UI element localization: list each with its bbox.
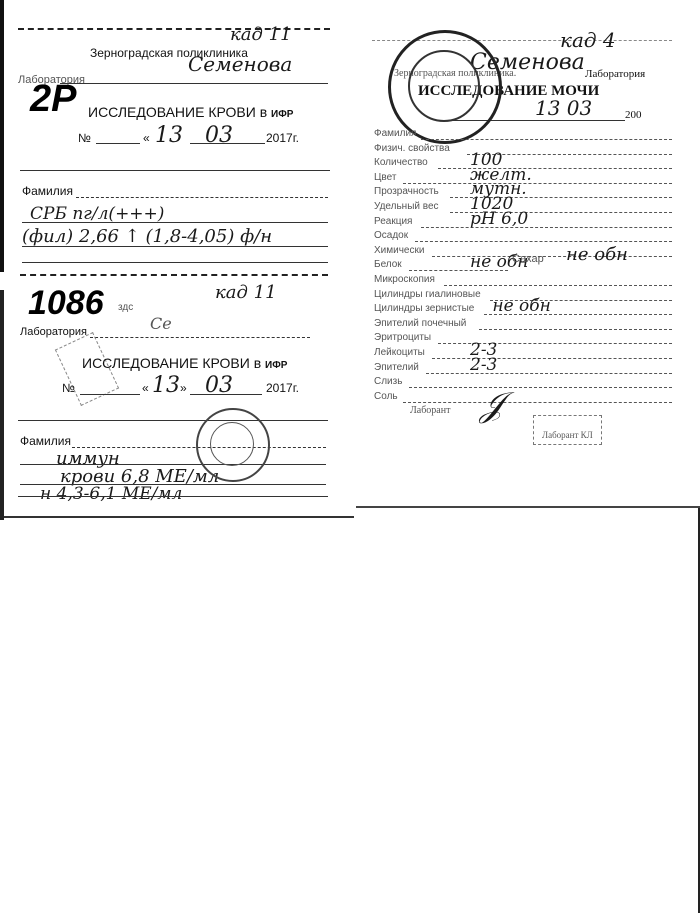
lab-tech-stamp: Лаборант КЛ	[533, 415, 602, 445]
result-line-3: н 4,3-6,1 МЕ/мл	[40, 484, 182, 504]
urine-field-rule	[409, 387, 672, 388]
urine-field-label: Удельный вес	[374, 201, 439, 212]
rule	[20, 464, 326, 465]
bottom-rule	[356, 506, 700, 508]
cut-line	[20, 274, 328, 276]
quote-close: »	[180, 381, 187, 395]
urine-field-rule	[415, 241, 672, 242]
urine-field-label: Лейкоциты	[374, 347, 425, 358]
urine-field-rule	[403, 183, 672, 184]
round-stamp-inner	[210, 422, 254, 466]
sugar-value: не обн	[566, 244, 628, 265]
result-line-2: (фил) 2,66 ↑ (1,8-4,05) ф/н	[22, 226, 272, 247]
round-stamp-inner	[408, 50, 480, 122]
urine-field-value: рН 6,0	[470, 209, 528, 229]
quote-open: «	[142, 381, 149, 395]
rule	[22, 246, 328, 247]
urine-field-rule	[432, 358, 672, 359]
rule	[90, 337, 310, 338]
year-suffix: 7г.	[286, 131, 299, 145]
handwritten-patient-name: Се	[150, 314, 172, 333]
form-title-text: ИССЛЕДОВАНИЕ КРОВИ в	[82, 355, 261, 371]
big-handwritten-mark: 2Р	[30, 78, 76, 121]
number-field	[80, 394, 140, 395]
urine-field-label: Микроскопия	[374, 274, 435, 285]
date-handwritten: 13 03	[535, 96, 592, 120]
big-handwritten-mark: 1086	[28, 284, 104, 323]
form-title: ИССЛЕДОВАНИЕ КРОВИ в ИФР	[88, 104, 293, 120]
handwritten-cabinet: кад 11	[215, 282, 277, 303]
number-field	[96, 143, 140, 144]
lab-tech-signature: 𝒥	[480, 385, 503, 425]
date-month: 03	[205, 123, 233, 148]
year-prefix: 201	[266, 381, 286, 395]
rule	[18, 420, 328, 421]
rule	[22, 262, 328, 263]
number-label: №	[78, 131, 91, 145]
urine-field-label: Количество	[374, 157, 428, 168]
urine-field-label: Соль	[374, 391, 398, 402]
lab-tech-label: Лаборант	[410, 405, 450, 416]
form-title-suffix: ИФР	[271, 109, 293, 120]
handwritten-patient-name: Семенова	[188, 52, 292, 76]
urine-field-rule	[444, 285, 672, 286]
urine-field-label: Цилиндры зернистые	[374, 303, 474, 314]
urine-field-label: Эритроциты	[374, 332, 431, 343]
urine-field-value: не обн	[492, 296, 550, 316]
urine-field-value: 2-3	[470, 355, 497, 375]
urine-field-label: Эпителий почечный	[374, 318, 466, 329]
rule	[18, 496, 328, 497]
quote-open: «	[143, 131, 150, 145]
urine-field-rule	[421, 139, 672, 140]
lab-label: Лаборатория	[585, 68, 645, 80]
urine-field-rule	[479, 329, 672, 330]
number-label: №	[62, 381, 75, 395]
urine-field-label: Слизь	[374, 376, 402, 387]
handwritten-cabinet: кад 4	[560, 28, 616, 52]
year-suffix: 7г.	[286, 381, 299, 395]
urine-field-label: Фамилия	[374, 128, 416, 139]
rule	[22, 222, 328, 223]
urine-field-label: Белок	[374, 259, 402, 270]
sugar-label: Сахар	[512, 253, 544, 265]
scan-edge-left-lower	[0, 290, 4, 520]
year: 2017г.	[266, 131, 299, 145]
rule	[20, 170, 330, 171]
year-prefix: 200	[625, 109, 642, 121]
year-prefix: 201	[266, 131, 286, 145]
urine-field-label: Осадок	[374, 230, 408, 241]
rule	[60, 83, 328, 84]
form-title-suffix: ИФР	[265, 360, 287, 371]
urine-field-label: Физич. свойства	[374, 143, 450, 154]
urine-field-label: Цвет	[374, 172, 396, 183]
month-field	[190, 143, 265, 144]
date-day: 13	[152, 373, 180, 398]
date-day: 13	[155, 123, 183, 148]
urine-field-label: Реакция	[374, 216, 412, 227]
form-title-text: ИССЛЕДОВАНИЕ КРОВИ в	[88, 104, 267, 120]
surname-field	[76, 197, 328, 198]
urine-field-rule	[421, 227, 672, 228]
urine-field-label: Эпителий	[374, 362, 419, 373]
surname-label: Фамилия	[20, 434, 71, 448]
clinic-name-partial: здс	[118, 302, 133, 313]
urine-field-label: Химически	[374, 245, 424, 256]
lab-label: Лаборатория	[20, 326, 87, 338]
scan-edge-left	[0, 0, 4, 272]
urine-field-label: Цилиндры гиалиновые	[374, 289, 481, 300]
result-line-1: СРБ пг/л(+++)	[30, 204, 164, 224]
urine-field-rule	[432, 256, 672, 257]
urine-field-rule	[403, 402, 672, 403]
bottom-rule	[4, 516, 354, 518]
surname-label: Фамилия	[22, 184, 73, 198]
year: 2017г.	[266, 381, 299, 395]
urine-field-rule	[426, 373, 672, 374]
handwritten-cabinet: кад 11	[230, 24, 292, 45]
urine-field-label: Прозрачность	[374, 186, 439, 197]
month-field	[190, 394, 262, 395]
form-title: ИССЛЕДОВАНИЕ КРОВИ в ИФР	[82, 355, 287, 371]
